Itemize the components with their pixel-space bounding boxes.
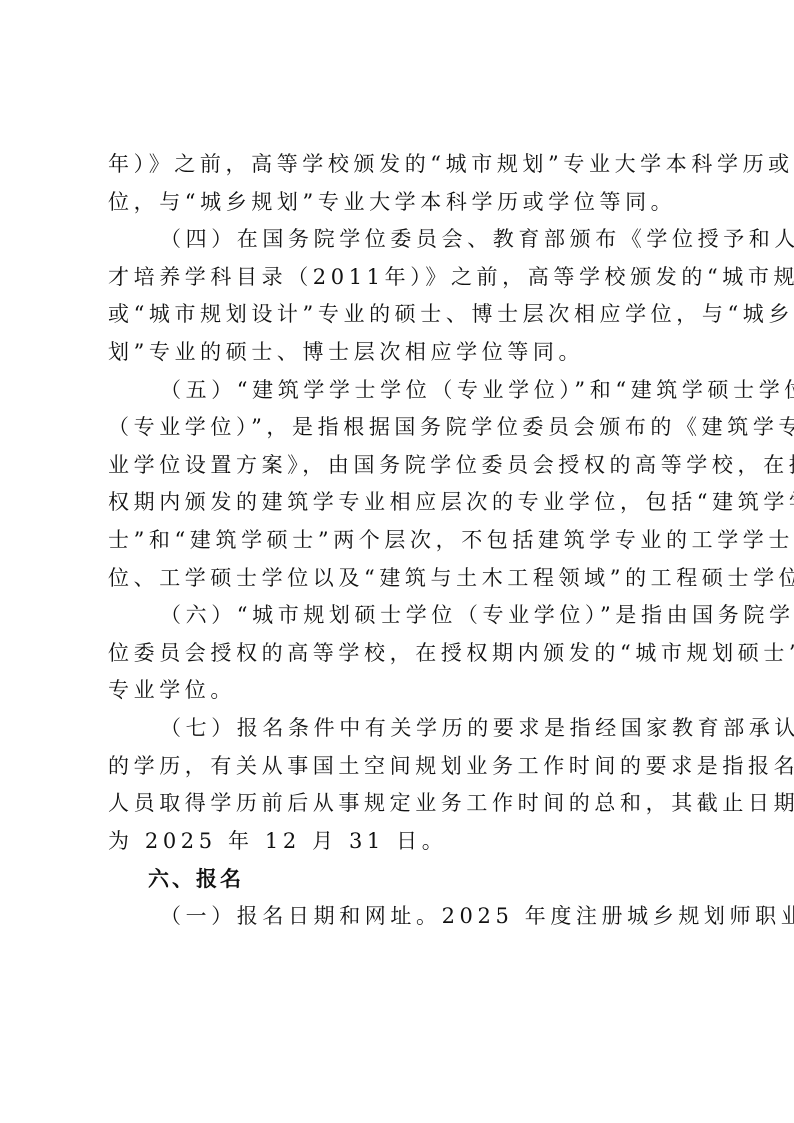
text-line: 的学历，有关从事国土空间规划业务工作时间的要求是指报名 <box>108 748 688 786</box>
paragraph-item-5-line: （五）“建筑学学士学位（专业学位）”和“建筑学硕士学位 <box>108 372 688 410</box>
paragraph-item-4-line: （四）在国务院学位委员会、教育部颁布《学位授予和人 <box>108 221 688 259</box>
paragraph-item-7-line: （七）报名条件中有关学历的要求是指经国家教育部承认 <box>108 710 688 748</box>
paragraph-registration-line: （一）报名日期和网址。2025 年度注册城乡规划师职业资 <box>108 898 688 936</box>
text-line: 才培养学科目录（2011年）》之前，高等学校颁发的“城市规划” <box>108 259 688 297</box>
text-line: 为 2025 年 12 月 31 日。 <box>108 823 688 861</box>
text-line: 业学位设置方案》，由国务院学位委员会授权的高等学校，在授 <box>108 447 688 485</box>
document-page: 年）》之前，高等学校颁发的“城市规划”专业大学本科学历或学 位，与“城乡规划”专… <box>108 146 688 935</box>
text-line: 位，与“城乡规划”专业大学本科学历或学位等同。 <box>108 184 688 222</box>
text-line: 划”专业的硕士、博士层次相应学位等同。 <box>108 334 688 372</box>
text-line: 士”和“建筑学硕士”两个层次，不包括建筑学专业的工学学士学 <box>108 522 688 560</box>
text-line: （专业学位）”，是指根据国务院学位委员会颁布的《建筑学专 <box>108 409 688 447</box>
text-line: 位、工学硕士学位以及“建筑与土木工程领域”的工程硕士学位。 <box>108 560 688 598</box>
text-line: 年）》之前，高等学校颁发的“城市规划”专业大学本科学历或学 <box>108 146 688 184</box>
text-line: 权期内颁发的建筑学专业相应层次的专业学位，包括“建筑学学 <box>108 484 688 522</box>
paragraph-item-6-line: （六）“城市规划硕士学位（专业学位）”是指由国务院学 <box>108 597 688 635</box>
text-line: 专业学位。 <box>108 672 688 710</box>
text-line: 人员取得学历前后从事规定业务工作时间的总和，其截止日期 <box>108 785 688 823</box>
text-line: 或“城市规划设计”专业的硕士、博士层次相应学位，与“城乡规 <box>108 296 688 334</box>
section-heading: 六、报名 <box>108 860 688 898</box>
text-line: 位委员会授权的高等学校，在授权期内颁发的“城市规划硕士” <box>108 635 688 673</box>
